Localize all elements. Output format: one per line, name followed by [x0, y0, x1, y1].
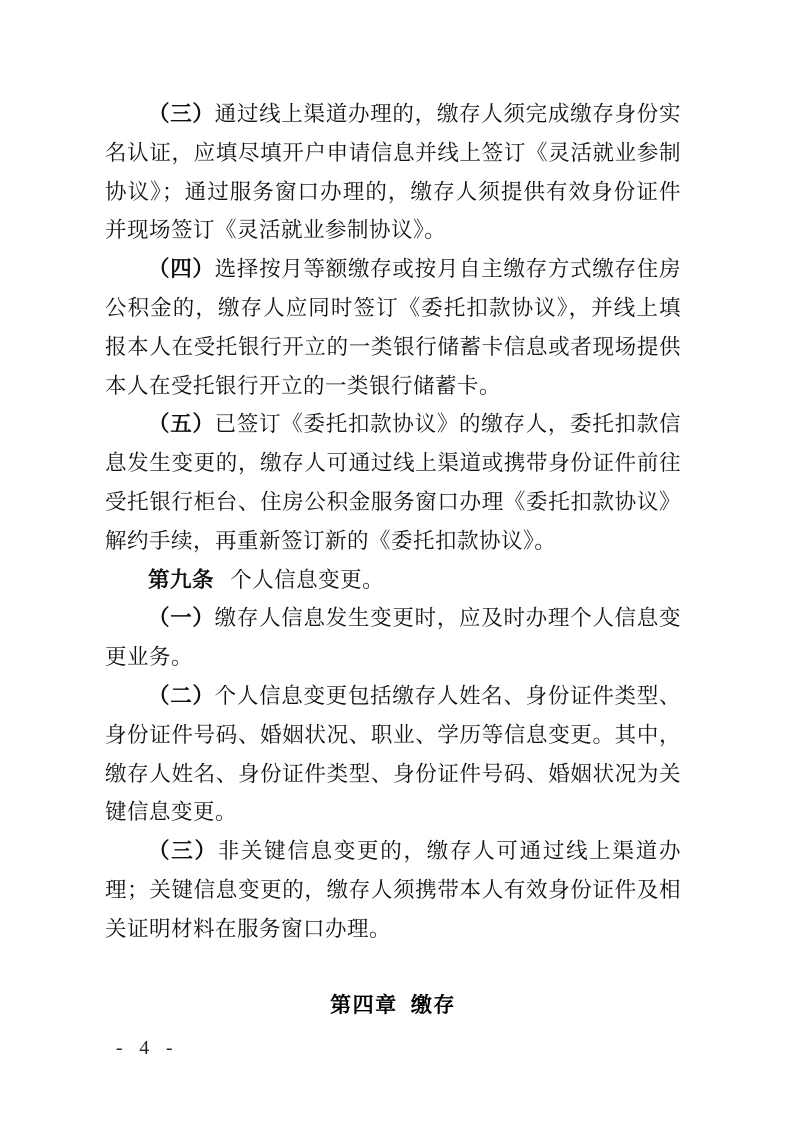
paragraph-lead: （三） — [148, 102, 215, 126]
document-page: （三）通过线上渠道办理的，缴存人须完成缴存身份实名认证，应填尽填开户申请信息并线… — [0, 0, 793, 1122]
paragraph-item-2: （二）个人信息变更包括缴存人姓名、身份证件类型、身份证件号码、婚姻状况、职业、学… — [105, 677, 681, 832]
paragraph-lead: （三） — [148, 839, 218, 863]
paragraph-lead: （二） — [148, 684, 215, 708]
chapter-heading: 第四章 缴存 — [105, 987, 681, 1026]
document-body: （三）通过线上渠道办理的，缴存人须完成缴存身份实名认证，应填尽填开户申请信息并线… — [105, 95, 681, 1025]
article-number: 第九条 — [148, 568, 214, 592]
paragraph-item-3b: （三）非关键信息变更的，缴存人可通过线上渠道办理；关键信息变更的，缴存人须携带本… — [105, 832, 681, 948]
paragraph-item-3: （三）通过线上渠道办理的，缴存人须完成缴存身份实名认证，应填尽填开户申请信息并线… — [105, 95, 681, 250]
paragraph-item-5: （五）已签订《委托扣款协议》的缴存人，委托扣款信息发生变更的，缴存人可通过线上渠… — [105, 405, 681, 560]
paragraph-lead: （四） — [148, 257, 215, 281]
paragraph-article-9: 第九条个人信息变更。 — [105, 561, 681, 600]
article-title: 个人信息变更。 — [230, 568, 384, 592]
paragraph-lead: （一） — [148, 606, 215, 630]
paragraph-item-1: （一）缴存人信息发生变更时，应及时办理个人信息变更业务。 — [105, 599, 681, 677]
paragraph-lead: （五） — [148, 412, 215, 436]
paragraph-item-4: （四）选择按月等额缴存或按月自主缴存方式缴存住房公积金的，缴存人应同时签订《委托… — [105, 250, 681, 405]
page-number: - 4 - — [116, 1038, 179, 1060]
